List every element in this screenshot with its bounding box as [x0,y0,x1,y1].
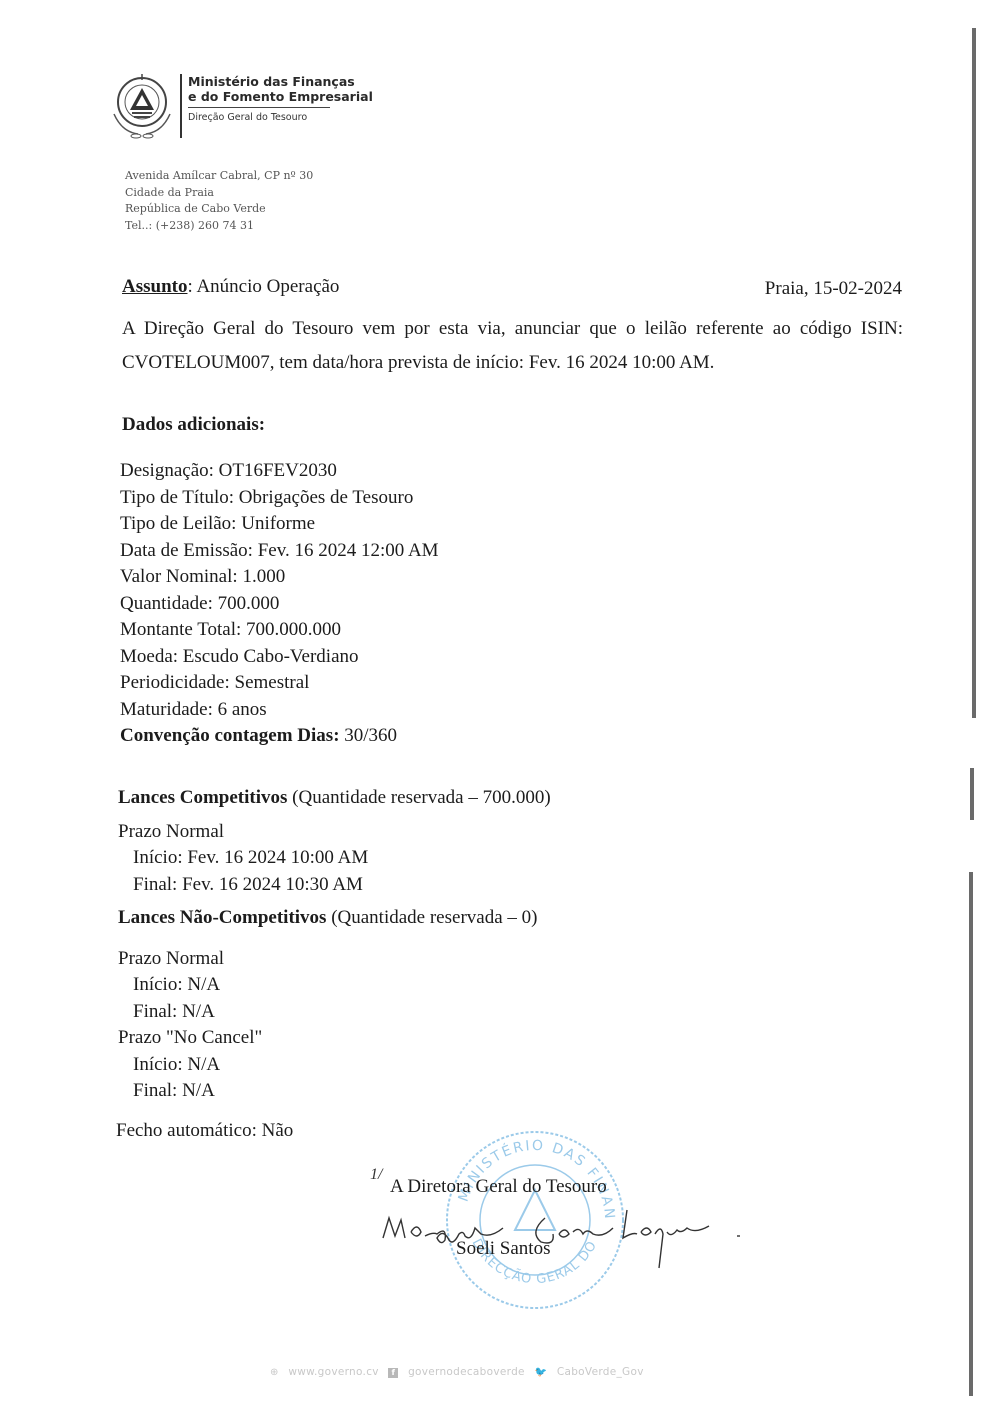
detail-row: Valor Nominal: 1.000 [120,564,439,591]
detail-row: Tipo de Leilão: Uniforme [120,511,439,538]
signatory-name: Soeli Santos [456,1238,550,1260]
no-cancel-end: Final: N/A [118,1078,551,1105]
facebook-icon: f [388,1368,398,1378]
detail-row: Maturidade: 6 anos [120,697,439,724]
scan-edge-mark [970,768,974,820]
detail-row: Quantidade: 700.000 [120,591,439,618]
address-city: Cidade da Praia [125,185,313,202]
additional-data-title: Dados adicionais: [122,414,265,436]
scan-edge-mark [972,28,976,718]
coat-of-arms-icon [108,70,176,142]
initial-mark: 1/ [370,1166,382,1184]
detail-row: Montante Total: 700.000.000 [120,617,439,644]
detail-row: Moeda: Escudo Cabo-Verdiano [120,644,439,671]
subject-label: Assunto [122,276,187,297]
intro-paragraph: A Direção Geral do Tesouro vem por esta … [122,312,903,380]
footer-twitter[interactable]: CaboVerde_Gov [557,1366,644,1378]
detail-row: Tipo de Título: Obrigações de Tesouro [120,485,439,512]
footer-website[interactable]: www.governo.cv [288,1366,378,1378]
non-competitive-normal-label: Prazo Normal [118,946,551,973]
document-page: Ministério das Finanças e do Fomento Emp… [0,0,1000,1414]
bids-section: Lances Competitivos (Quantidade reservad… [118,785,551,1105]
address-block: Avenida Amílcar Cabral, CP nº 30 Cidade … [125,168,313,234]
header-divider [188,107,330,108]
non-competitive-normal-end: Final: N/A [118,999,551,1026]
additional-data-list: Designação: OT16FEV2030 Tipo de Título: … [120,458,439,750]
detail-row: Data de Emissão: Fev. 16 2024 12:00 AM [120,538,439,565]
footer-links: ⊕ www.governo.cv f governodecaboverde 🐦 … [270,1366,650,1378]
scan-edge-mark [969,872,973,1396]
ministry-name-line2: e do Fomento Empresarial [188,89,373,104]
ministry-name-line1: Ministério das Finanças [188,74,373,89]
address-country: República de Cabo Verde [125,201,313,218]
non-competitive-normal-start: Início: N/A [118,972,551,999]
competitive-end: Final: Fev. 16 2024 10:30 AM [118,872,551,899]
detail-row-convention: Convenção contagem Dias: 30/360 [120,723,439,750]
handwritten-signature-icon [375,1198,755,1278]
auto-close-line: Fecho automático: Não [116,1120,293,1142]
competitive-start: Início: Fev. 16 2024 10:00 AM [118,845,551,872]
competitive-period-label: Prazo Normal [118,819,551,846]
ministry-header: Ministério das Finanças e do Fomento Emp… [180,74,373,138]
department-name: Direção Geral do Tesouro [188,112,373,124]
non-competitive-bids-header: Lances Não-Competitivos (Quantidade rese… [118,905,551,932]
detail-row: Periodicidade: Semestral [120,670,439,697]
subject-line: Assunto: Anúncio Operação Praia, 15-02-2… [122,276,902,298]
signatory-title: A Diretora Geral do Tesouro [390,1176,607,1198]
detail-row: Designação: OT16FEV2030 [120,458,439,485]
address-phone: Tel..: (+238) 260 74 31 [125,218,313,235]
place-date: Praia, 15-02-2024 [765,278,902,300]
address-street: Avenida Amílcar Cabral, CP nº 30 [125,168,313,185]
competitive-bids-header: Lances Competitivos (Quantidade reservad… [118,785,551,812]
footer-facebook[interactable]: governodecaboverde [408,1366,525,1378]
globe-icon: ⊕ [270,1367,279,1378]
subject-text: : Anúncio Operação [187,276,339,297]
twitter-icon: 🐦 [534,1367,547,1378]
no-cancel-start: Início: N/A [118,1052,551,1079]
no-cancel-label: Prazo "No Cancel" [118,1025,551,1052]
